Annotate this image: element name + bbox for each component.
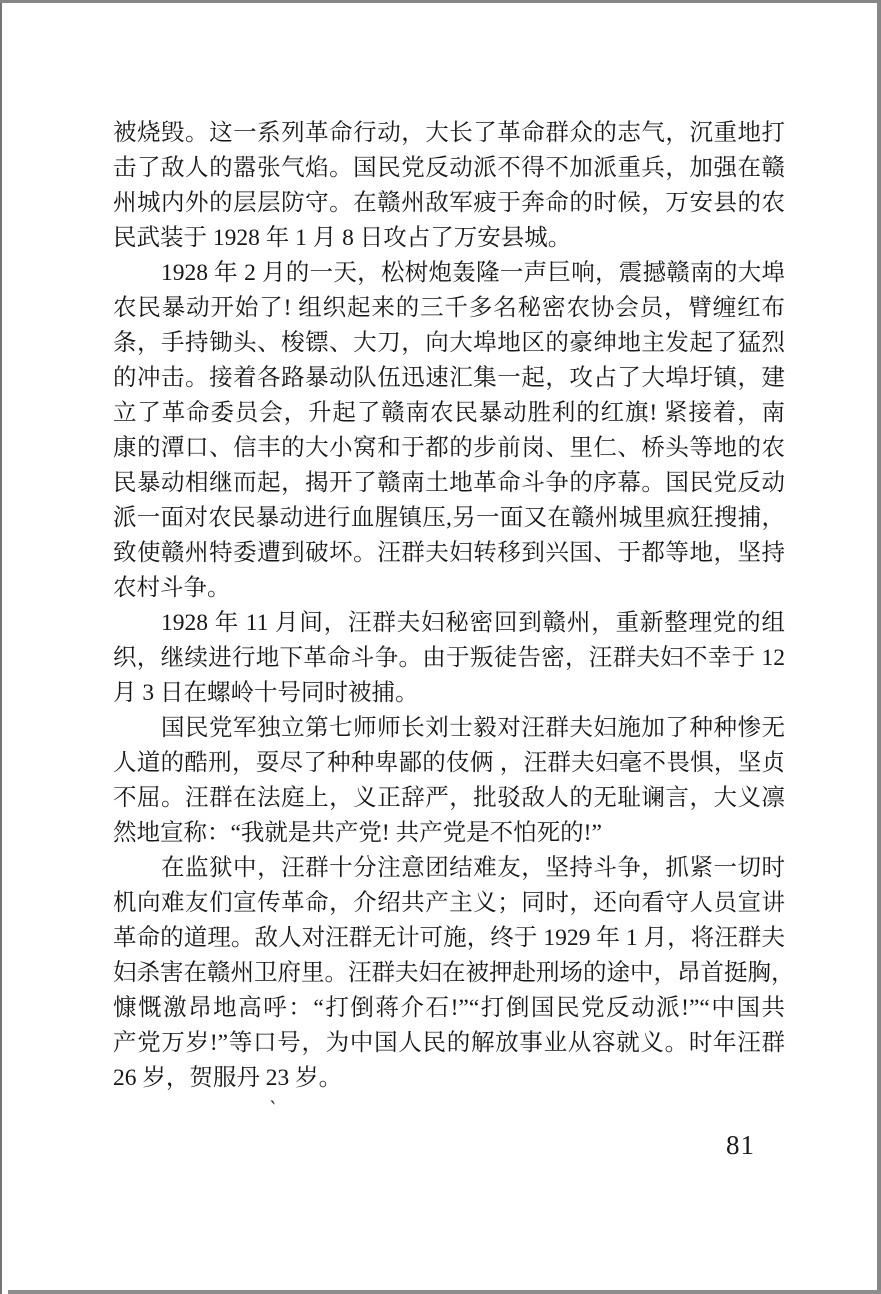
text-line: 在监狱中，汪群十分注意团结难友，坚持斗争，抓紧一切时 <box>113 851 785 886</box>
text-line: 民暴动相继而起，揭开了赣南土地革命斗争的序幕。国民党反动 <box>113 466 785 501</box>
text-line: 州城内外的层层防守。在赣州敌军疲于奔命的时候，万安县的农 <box>113 186 785 221</box>
stray-mark: ` <box>266 1096 278 1123</box>
text-line: 机向难友们宣传革命，介绍共产主义；同时，还向看守人员宣讲 <box>113 886 785 921</box>
text-line: 农村斗争。 <box>113 571 785 606</box>
text-line: 产党万岁!”等口号，为中国人民的解放事业从容就义。时年汪群 <box>113 1026 785 1061</box>
text-line: 被烧毁。这一系列革命行动，大长了革命群众的志气，沉重地打 <box>113 116 785 151</box>
page-number: 81 <box>726 1130 755 1161</box>
text-line: 月 3 日在螺岭十号同时被捕。 <box>113 676 785 711</box>
text-line: 慷慨激昂地高呼：“打倒蒋介石!”“打倒国民党反动派!”“中国共 <box>113 991 785 1026</box>
text-line: 派一面对农民暴动进行血腥镇压,另一面又在赣州城里疯狂搜捕， <box>113 501 785 536</box>
text-line: 农民暴动开始了! 组织起来的三千多名秘密农协会员，臂缠红布 <box>113 291 785 326</box>
text-line: 1928 年 11 月间，汪群夫妇秘密回到赣州，重新整理党的组 <box>113 606 785 641</box>
text-line: 击了敌人的嚣张气焰。国民党反动派不得不加派重兵，加强在赣 <box>113 151 785 186</box>
text-line: 革命的道理。敌人对汪群无计可施，终于 1929 年 1 月，将汪群夫 <box>113 921 785 956</box>
text-line: 1928 年 2 月的一天，松树炮轰隆一声巨响，震撼赣南的大埠 <box>113 256 785 291</box>
text-line: 26 岁，贺服丹 23 岁。 <box>113 1061 785 1096</box>
text-line: 织，继续进行地下革命斗争。由于叛徒告密，汪群夫妇不幸于 12 <box>113 641 785 676</box>
text-line: 立了革命委员会，升起了赣南农民暴动胜利的红旗! 紧接着，南 <box>113 396 785 431</box>
page-edge-bottom <box>8 1290 881 1294</box>
page-edge-top <box>0 0 881 3</box>
text-line: 致使赣州特委遭到破坏。汪群夫妇转移到兴国、于都等地，坚持 <box>113 536 785 571</box>
book-page: 被烧毁。这一系列革命行动，大长了革命群众的志气，沉重地打击了敌人的嚣张气焰。国民… <box>0 0 881 1294</box>
page-edge-left <box>0 3 2 1294</box>
text-line: 人道的酷刑，耍尽了种种卑鄙的伎俩 ，汪群夫妇毫不畏惧，坚贞 <box>113 746 785 781</box>
text-line: 国民党军独立第七师师长刘士毅对汪群夫妇施加了种种惨无 <box>113 711 785 746</box>
page-edge-right <box>877 0 881 1294</box>
text-line: 然地宣称：“我就是共产党! 共产党是不怕死的!” <box>113 816 785 851</box>
text-line: 条，手持锄头、梭镖、大刀，向大埠地区的豪绅地主发起了猛烈 <box>113 326 785 361</box>
text-line: 不屈。汪群在法庭上，义正辞严，批驳敌人的无耻谰言，大义凛 <box>113 781 785 816</box>
text-block: 被烧毁。这一系列革命行动，大长了革命群众的志气，沉重地打击了敌人的嚣张气焰。国民… <box>113 116 785 1096</box>
text-line: 妇杀害在赣州卫府里。汪群夫妇在被押赴刑场的途中，昂首挺胸， <box>113 956 785 991</box>
text-line: 康的潭口、信丰的大小窝和于都的步前岗、里仁、桥头等地的农 <box>113 431 785 466</box>
text-line: 的冲击。接着各路暴动队伍迅速汇集一起，攻占了大埠圩镇，建 <box>113 361 785 396</box>
text-line: 民武装于 1928 年 1 月 8 日攻占了万安县城。 <box>113 221 785 256</box>
